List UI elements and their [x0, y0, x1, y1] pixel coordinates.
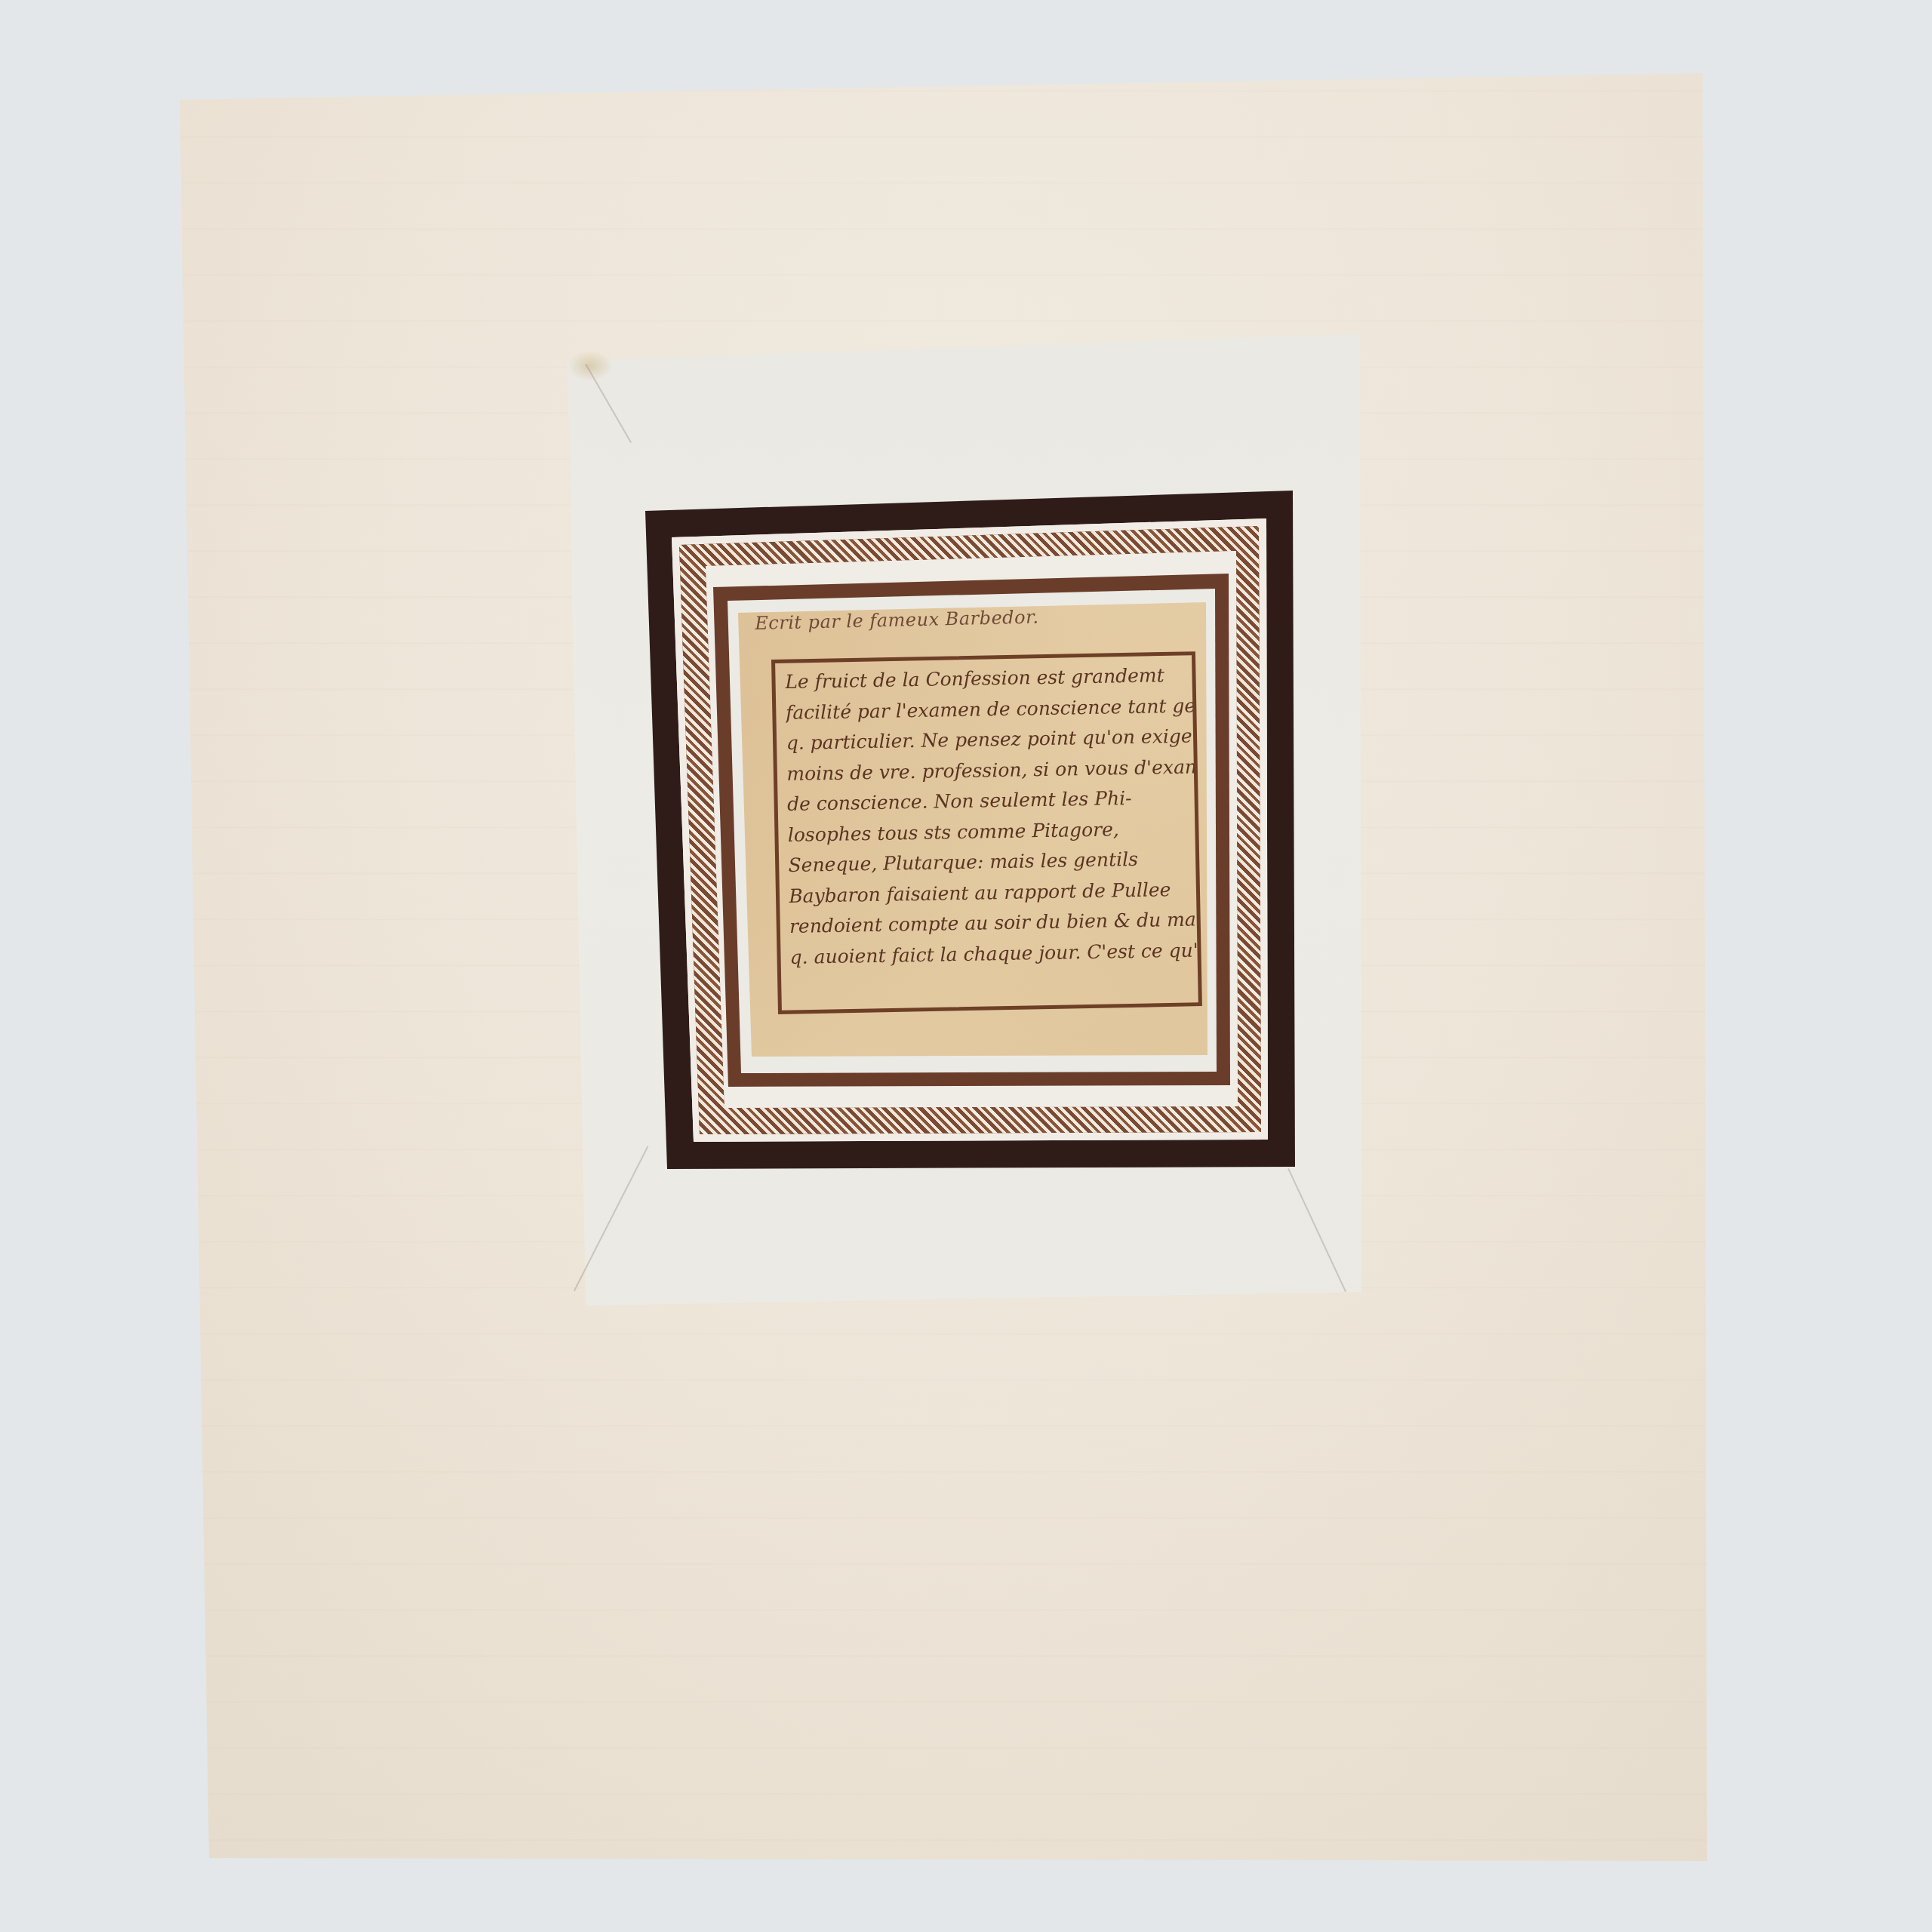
foxing-stain [568, 351, 613, 381]
manuscript-text-body: Le fruict de la Confession est grandemt … [785, 660, 1198, 973]
